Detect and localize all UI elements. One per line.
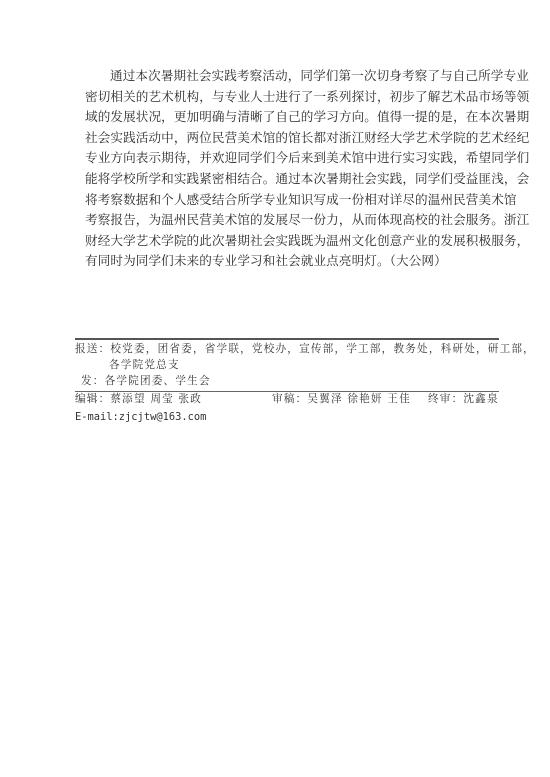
paragraph-line: 社会实践活动中，两位民营美术馆的馆长都对浙江财经大学艺术学院的艺术经纪 <box>85 128 505 149</box>
reviewers-line: 审稿：吴翼泽 徐艳妍 王佳 <box>272 392 411 406</box>
paragraph-line: 通过本次暑期社会实践考察活动，同学们第一次切身考察了与自己所学专业 <box>85 66 505 87</box>
paragraph-line: 专业方向表示期待，并欢迎同学们今后来到美术馆中进行实习实践，希望同学们 <box>85 148 505 169</box>
editors-line: 编辑：蔡添望 周莹 张政 <box>75 392 202 406</box>
editors-label: 编辑： <box>75 393 110 405</box>
article-paragraph: 通过本次暑期社会实践考察活动，同学们第一次切身考察了与自己所学专业 密切相关的艺… <box>85 66 505 272</box>
paragraph-line: 考察报告，为温州民营美术馆的发展尽一份力，从而体现高校的社会服务。浙江 <box>85 210 505 231</box>
email-line: E-mail:zjcjtw@163.com <box>75 410 206 424</box>
report-to-line: 报送：校党委，团省委，省学联，党校办，宣传部，学工部，教务处，科研处，研工部， <box>75 342 535 356</box>
reviewers-label: 审稿： <box>272 393 307 405</box>
report-to-label: 报送： <box>75 343 110 355</box>
paragraph-line: 将考察数据和个人感受结合所学专业知识写成一份相对详尽的温州民营美术馆 <box>85 190 505 211</box>
final-review-line: 终审：沈鑫泉 <box>428 392 499 406</box>
send-value: 各学院团委、学生会 <box>105 375 211 387</box>
paragraph-line: 有同时为同学们未来的专业学习和社会就业点亮明灯。（大公网） <box>85 251 505 272</box>
paragraph-line: 密切相关的艺术机构，与专业人士进行了一系列探讨，初步了解艺术品市场等领 <box>85 87 505 108</box>
final-value: 沈鑫泉 <box>463 393 498 405</box>
paragraph-line: 能将学校所学和实践紧密相结合。通过本次暑期社会实践，同学们受益匪浅，会 <box>85 169 505 190</box>
paragraph-line: 域的发展状况，更加明确与清晰了自己的学习方向。值得一提的是，在本次暑期 <box>85 107 505 128</box>
send-label: 发： <box>81 375 105 387</box>
report-to-continuation: 各学院党总支 <box>109 358 180 372</box>
paragraph-line: 财经大学艺术学院的此次暑期社会实践既为温州文化创意产业的发展积极服务， <box>85 231 505 252</box>
editors-value: 蔡添望 周莹 张政 <box>110 393 202 405</box>
report-to-value: 校党委，团省委，省学联，党校办，宣传部，学工部，教务处，科研处，研工部， <box>110 343 535 355</box>
send-line: 发：各学院团委、学生会 <box>81 374 211 388</box>
footer-top-divider <box>75 338 499 340</box>
final-label: 终审： <box>428 393 463 405</box>
reviewers-value: 吴翼泽 徐艳妍 王佳 <box>307 393 410 405</box>
